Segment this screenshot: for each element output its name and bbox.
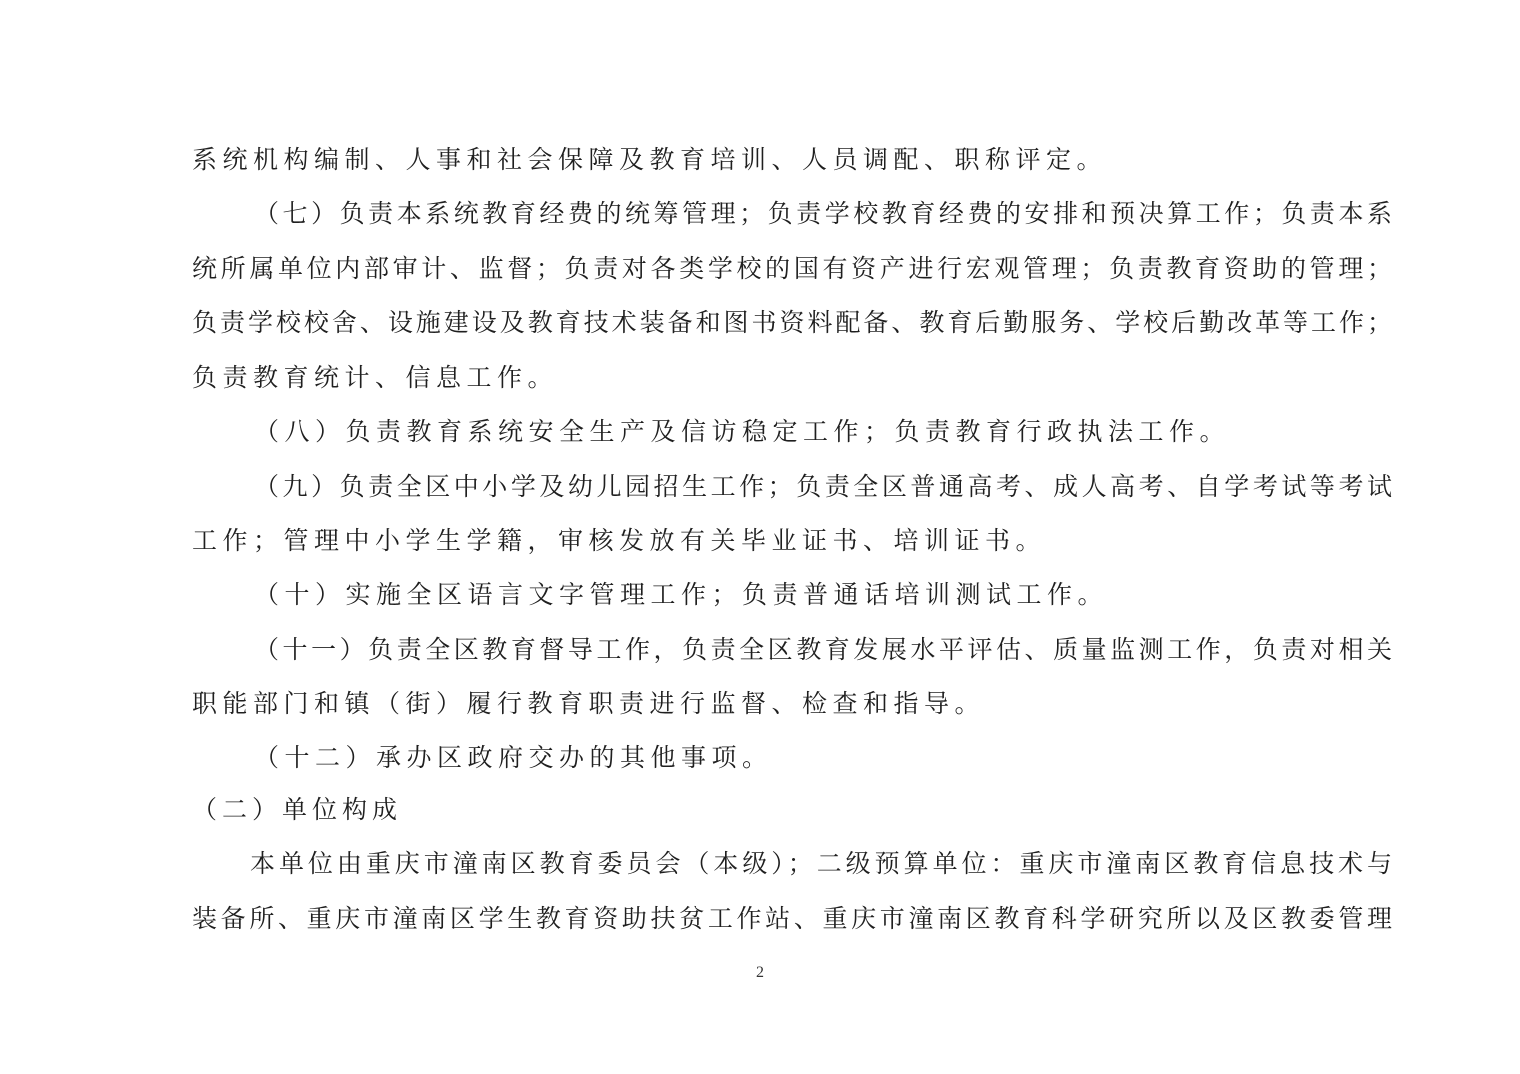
section-heading-unit-composition: （二）单位构成 xyxy=(192,790,402,830)
paragraph-item-8: （八）负责教育系统安全生产及信访稳定工作；负责教育行政执法工作。 xyxy=(254,412,1230,452)
paragraph-item-11-line-1: （十一）负责全区教育督导工作，负责全区教育发展水平评估、质量监测工作，负责对相关 xyxy=(254,630,1392,670)
paragraph-item-11-line-2: 职能部门和镇（街）履行教育职责进行监督、检查和指导。 xyxy=(192,684,985,724)
paragraph-item-7-line-2: 统所属单位内部审计、监督；负责对各类学校的国有资产进行宏观管理；负责教育资助的管… xyxy=(192,249,1392,289)
paragraph-unit-composition-line-1: 本单位由重庆市潼南区教育委员会（本级）；二级预算单位：重庆市潼南区教育信息技术与 xyxy=(250,844,1392,884)
paragraph-item-12: （十二）承办区政府交办的其他事项。 xyxy=(254,738,773,778)
paragraph-item-7-line-1: （七）负责本系统教育经费的统筹管理；负责学校教育经费的安排和预决算工作；负责本系 xyxy=(254,194,1392,234)
paragraph-item-7-line-3: 负责学校校舍、设施建设及教育技术装备和图书资料配备、教育后勤服务、学校后勤改革等… xyxy=(192,303,1392,343)
paragraph-item-10: （十）实施全区语言文字管理工作；负责普通话培训测试工作。 xyxy=(254,575,1108,615)
paragraph-item-7-line-4: 负责教育统计、信息工作。 xyxy=(192,358,558,398)
document-page: 系统机构编制、人事和社会保障及教育培训、人员调配、职称评定。 （七）负责本系统教… xyxy=(0,0,1520,1074)
paragraph-unit-composition-line-2: 装备所、重庆市潼南区学生教育资助扶贫工作站、重庆市潼南区教育科学研究所以及区教委… xyxy=(192,899,1392,939)
paragraph-line-continuation: 系统机构编制、人事和社会保障及教育培训、人员调配、职称评定。 xyxy=(192,140,1107,180)
page-number: 2 xyxy=(750,964,770,982)
paragraph-item-9-line-1: （九）负责全区中小学及幼儿园招生工作；负责全区普通高考、成人高考、自学考试等考试 xyxy=(254,467,1392,507)
paragraph-item-9-line-2: 工作；管理中小学生学籍，审核发放有关毕业证书、培训证书。 xyxy=(192,521,1046,561)
